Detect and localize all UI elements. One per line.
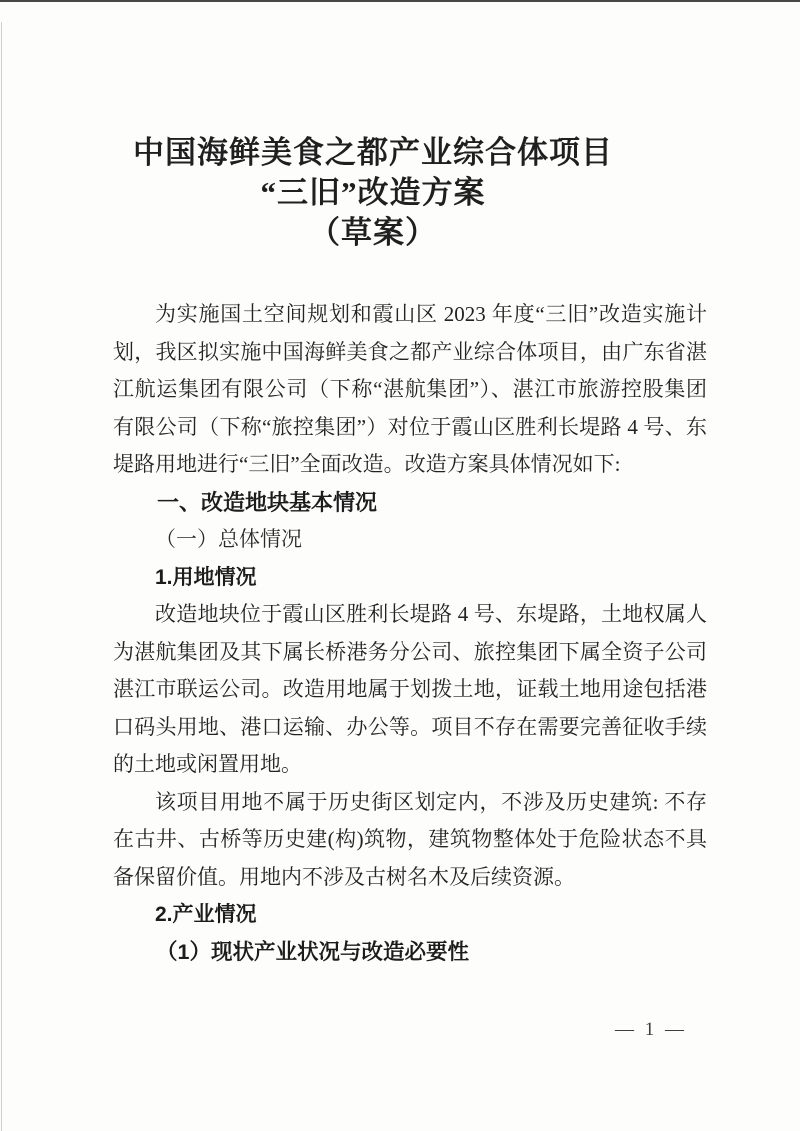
paragraph-intro: 为实施国土空间规划和霞山区 2023 年度“三旧”改造实施计划，我区拟实施中国海… xyxy=(113,296,707,484)
paragraph-land-use: 改造地块位于霞山区胜利长堤路 4 号、东堤路，土地权属人为湛航集团及其下属长桥港… xyxy=(113,596,707,784)
document-title: 中国海鲜美食之都产业综合体项目 “三旧”改造方案 （草案） xyxy=(113,133,633,253)
document-title-line-3: （草案） xyxy=(113,213,633,253)
item-heading-industry-status: （1）现状产业状况与改造必要性 xyxy=(113,934,707,972)
subsection-heading-overall: （一）总体情况 xyxy=(113,521,707,559)
scan-artifact-left-edge xyxy=(1,22,2,1131)
item-heading-industry: 2.产业情况 xyxy=(113,896,707,934)
page-number: — 1 — xyxy=(615,1019,687,1041)
document-title-line-1: 中国海鲜美食之都产业综合体项目 xyxy=(113,133,633,173)
document-body: 为实施国土空间规划和霞山区 2023 年度“三旧”改造实施计划，我区拟实施中国海… xyxy=(113,296,707,971)
item-heading-land-use: 1.用地情况 xyxy=(113,559,707,597)
document-title-line-2: “三旧”改造方案 xyxy=(113,173,633,213)
document-page: 中国海鲜美食之都产业综合体项目 “三旧”改造方案 （草案） 为实施国土空间规划和… xyxy=(0,0,800,1131)
paragraph-historic-status: 该项目用地不属于历史街区划定内，不涉及历史建筑: 不存在古井、古桥等历史建(构)… xyxy=(113,784,707,897)
section-heading-1: 一、改造地块基本情况 xyxy=(113,484,707,522)
scan-artifact-top-edge xyxy=(0,0,800,2)
